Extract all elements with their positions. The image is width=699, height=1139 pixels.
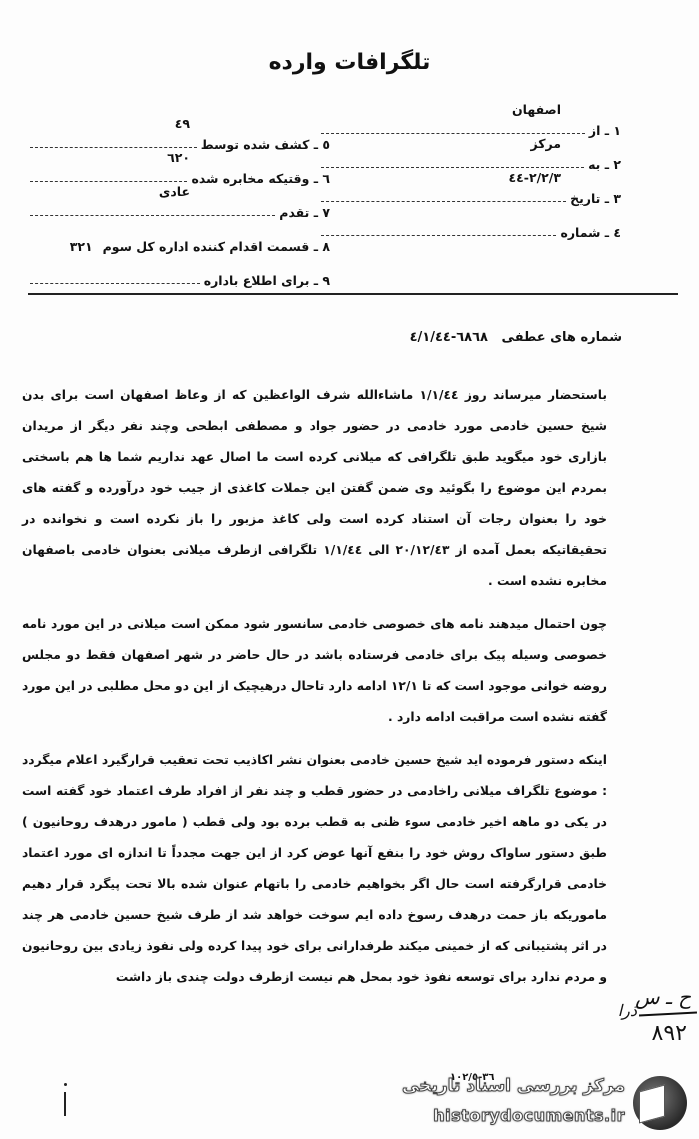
margin-note-top: ح ـ س — [635, 985, 691, 1009]
watermark-url: historydocuments.ir — [433, 1106, 625, 1125]
field-label: ٢ ـ به — [584, 157, 621, 172]
field-value: عادی — [159, 184, 190, 199]
dotted-line — [30, 283, 200, 284]
field-sent-time: ٦ ـ وقتیکه مخابره شده ٦٢٠ — [30, 152, 330, 186]
header-fields-left: ٥ ـ کشف شده توسط ٤٩ ٦ ـ وقتیکه مخابره شد… — [30, 118, 330, 288]
paragraph: باستحضار میرساند روز ١/١/٤٤ ماشاءالله شر… — [22, 380, 607, 597]
field-action-department: ٨ ـ قسمت اقدام کننده اداره کل سوم ٣٢١ — [30, 220, 330, 254]
ink-mark — [64, 1092, 66, 1116]
dotted-line — [30, 215, 275, 216]
document-page: تلگرافات وارده ١ ـ از اصفهان ٢ ـ به مرکز… — [0, 0, 699, 1139]
watermark-title: مرکز بررسی اسناد تاریخی — [402, 1076, 625, 1096]
field-for-information: ٩ ـ برای اطلاع باداره — [30, 254, 330, 288]
dotted-line — [321, 201, 566, 202]
field-label: ٧ ـ تقدم — [275, 205, 330, 220]
archive-logo-icon — [633, 1076, 687, 1130]
reference-label: شماره های عطفی — [502, 330, 622, 345]
field-label: ٩ ـ برای اطلاع باداره — [200, 273, 330, 288]
dotted-line — [321, 133, 585, 134]
field-value: ٦٢٠ — [167, 150, 190, 165]
field-label: ٦ ـ وقتیکه مخابره شده — [187, 171, 330, 186]
field-value: ٢/٢/٣-٤٤ — [509, 170, 562, 185]
header-fields-right: ١ ـ از اصفهان ٢ ـ به مرکز ٣ ـ تاریخ ٢/٢/… — [321, 104, 621, 240]
field-decoded-by: ٥ ـ کشف شده توسط ٤٩ — [30, 118, 330, 152]
field-to: ٢ ـ به مرکز — [321, 138, 621, 172]
field-value: اصفهان — [512, 102, 561, 117]
document-title: تلگرافات وارده — [0, 50, 699, 75]
field-label: ٣ ـ تاریخ — [566, 191, 621, 206]
field-label: ١ ـ از — [585, 123, 621, 138]
field-date: ٣ ـ تاریخ ٢/٢/٣-٤٤ — [321, 172, 621, 206]
ink-mark — [64, 1083, 67, 1086]
field-from: ١ ـ از اصفهان — [321, 104, 621, 138]
field-value: ٣٢١ — [70, 239, 99, 254]
handwritten-margin-note: ح ـ س ذرا ٨٩٢ — [617, 985, 697, 1075]
header-divider — [28, 293, 678, 295]
dotted-line — [321, 167, 584, 168]
document-body: باستحضار میرساند روز ١/١/٤٤ ماشاءالله شر… — [22, 380, 607, 1005]
reference-value: ٦٨٦٨-٤/١/٤٤ — [410, 330, 488, 345]
paragraph: چون احتمال میدهند نامه های خصوصی خادمی س… — [22, 609, 607, 733]
field-label: ٨ ـ قسمت اقدام کننده اداره کل سوم — [99, 239, 330, 254]
dotted-line — [321, 235, 556, 236]
margin-note-line — [639, 1011, 697, 1016]
watermark: مرکز بررسی اسناد تاریخی historydocuments… — [410, 1072, 695, 1136]
dotted-line — [30, 181, 187, 182]
field-label: ٤ ـ شماره — [556, 225, 621, 240]
field-label: ٥ ـ کشف شده توسط — [197, 137, 330, 152]
paragraph: اینکه دستور فرموده اید شیخ حسین خادمی بع… — [22, 745, 607, 993]
field-number: ٤ ـ شماره — [321, 206, 621, 240]
margin-note-bottom: ٨٩٢ — [652, 1021, 687, 1046]
dotted-line — [30, 147, 197, 148]
document-page-icon — [639, 1085, 665, 1124]
field-priority: ٧ ـ تقدم عادی — [30, 186, 330, 220]
reference-numbers: شماره های عطفی ٦٨٦٨-٤/١/٤٤ — [410, 330, 622, 345]
field-value: ٤٩ — [175, 116, 190, 131]
margin-note-side: ذرا — [618, 1001, 637, 1020]
field-value: مرکز — [530, 136, 561, 151]
